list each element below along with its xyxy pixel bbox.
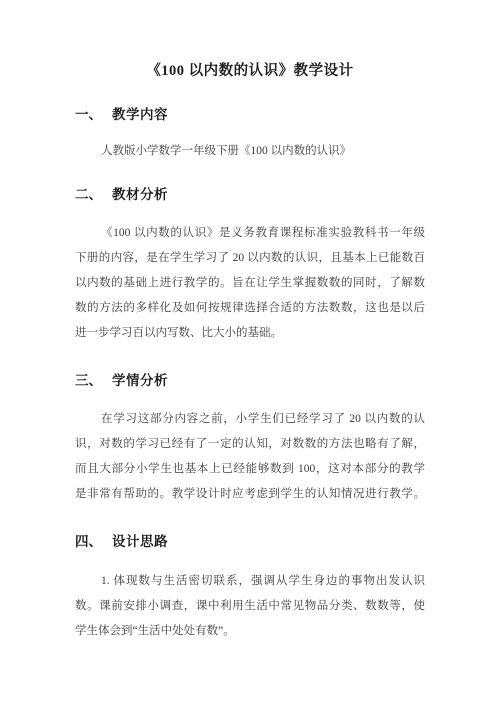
document-title: 《100 以内数的认识》教学设计	[75, 57, 425, 85]
section-number: 三、	[75, 368, 102, 393]
paragraph-line: 1. 体现数与生活密切联系，强调从学生身边的事物出发认识	[75, 569, 425, 594]
paragraph-line: 人教版小学数学一年级下册《100 以内数的认识》	[75, 139, 425, 164]
paragraph-line: 数。课前安排小调查，课中利用生活中常见物品分类、数数等，使	[75, 594, 425, 619]
paragraph-line: 数的方法的多样化及如何按规律选择合适的方法数数，这也是以后	[75, 296, 425, 321]
paragraph-line: 进一步学习百以内写数、比大小的基础。	[75, 321, 425, 346]
section-heading-label: 教材分析	[112, 182, 168, 207]
paragraph-line: 是非常有帮助的。教学设计时应考虑到学生的认知情况进行教学。	[75, 482, 425, 507]
document-content: 《100 以内数的认识》教学设计 一、 教学内容 人教版小学数学一年级下册《10…	[75, 57, 425, 644]
paragraph-line: 《100 以内数的认识》是义务教育课程标准实验教科书一年级	[75, 221, 425, 246]
section-heading-design-approach: 四、 设计思路	[75, 529, 425, 554]
section-number: 一、	[75, 102, 102, 127]
paragraph-material-analysis: 《100 以内数的认识》是义务教育课程标准实验教科书一年级 下册的内容，是在学生…	[75, 221, 425, 346]
section-number: 四、	[75, 529, 102, 554]
section-heading-label: 学情分析	[112, 368, 168, 393]
section-heading-label: 设计思路	[112, 529, 168, 554]
paragraph-teaching-content: 人教版小学数学一年级下册《100 以内数的认识》	[75, 139, 425, 164]
paragraph-line: 在学习这部分内容之前，小学生们已经学习了 20 以内数的认	[75, 407, 425, 432]
paragraph-design-approach: 1. 体现数与生活密切联系，强调从学生身边的事物出发认识 数。课前安排小调查，课…	[75, 569, 425, 644]
paragraph-line: 以内数的基础上进行教学的。旨在让学生掌握数数的同时，了解数	[75, 271, 425, 296]
paragraph-learner-analysis: 在学习这部分内容之前，小学生们已经学习了 20 以内数的认 识，对数的学习已经有…	[75, 407, 425, 507]
paragraph-line: 下册的内容，是在学生学习了 20 以内数的认识，且基本上已能数百	[75, 246, 425, 271]
section-heading-learner-analysis: 三、 学情分析	[75, 368, 425, 393]
paragraph-line: 学生体会到“生活中处处有数”。	[75, 619, 425, 644]
section-heading-material-analysis: 二、 教材分析	[75, 182, 425, 207]
section-heading-label: 教学内容	[112, 102, 168, 127]
paragraph-line: 识，对数的学习已经有了一定的认知，对数数的方法也略有了解，	[75, 432, 425, 457]
paragraph-line: 而且大部分小学生也基本上已经能够数到 100，这对本部分的教学	[75, 457, 425, 482]
document-page: 《100 以内数的认识》教学设计 一、 教学内容 人教版小学数学一年级下册《10…	[0, 0, 500, 707]
section-number: 二、	[75, 182, 102, 207]
section-heading-teaching-content: 一、 教学内容	[75, 102, 425, 127]
